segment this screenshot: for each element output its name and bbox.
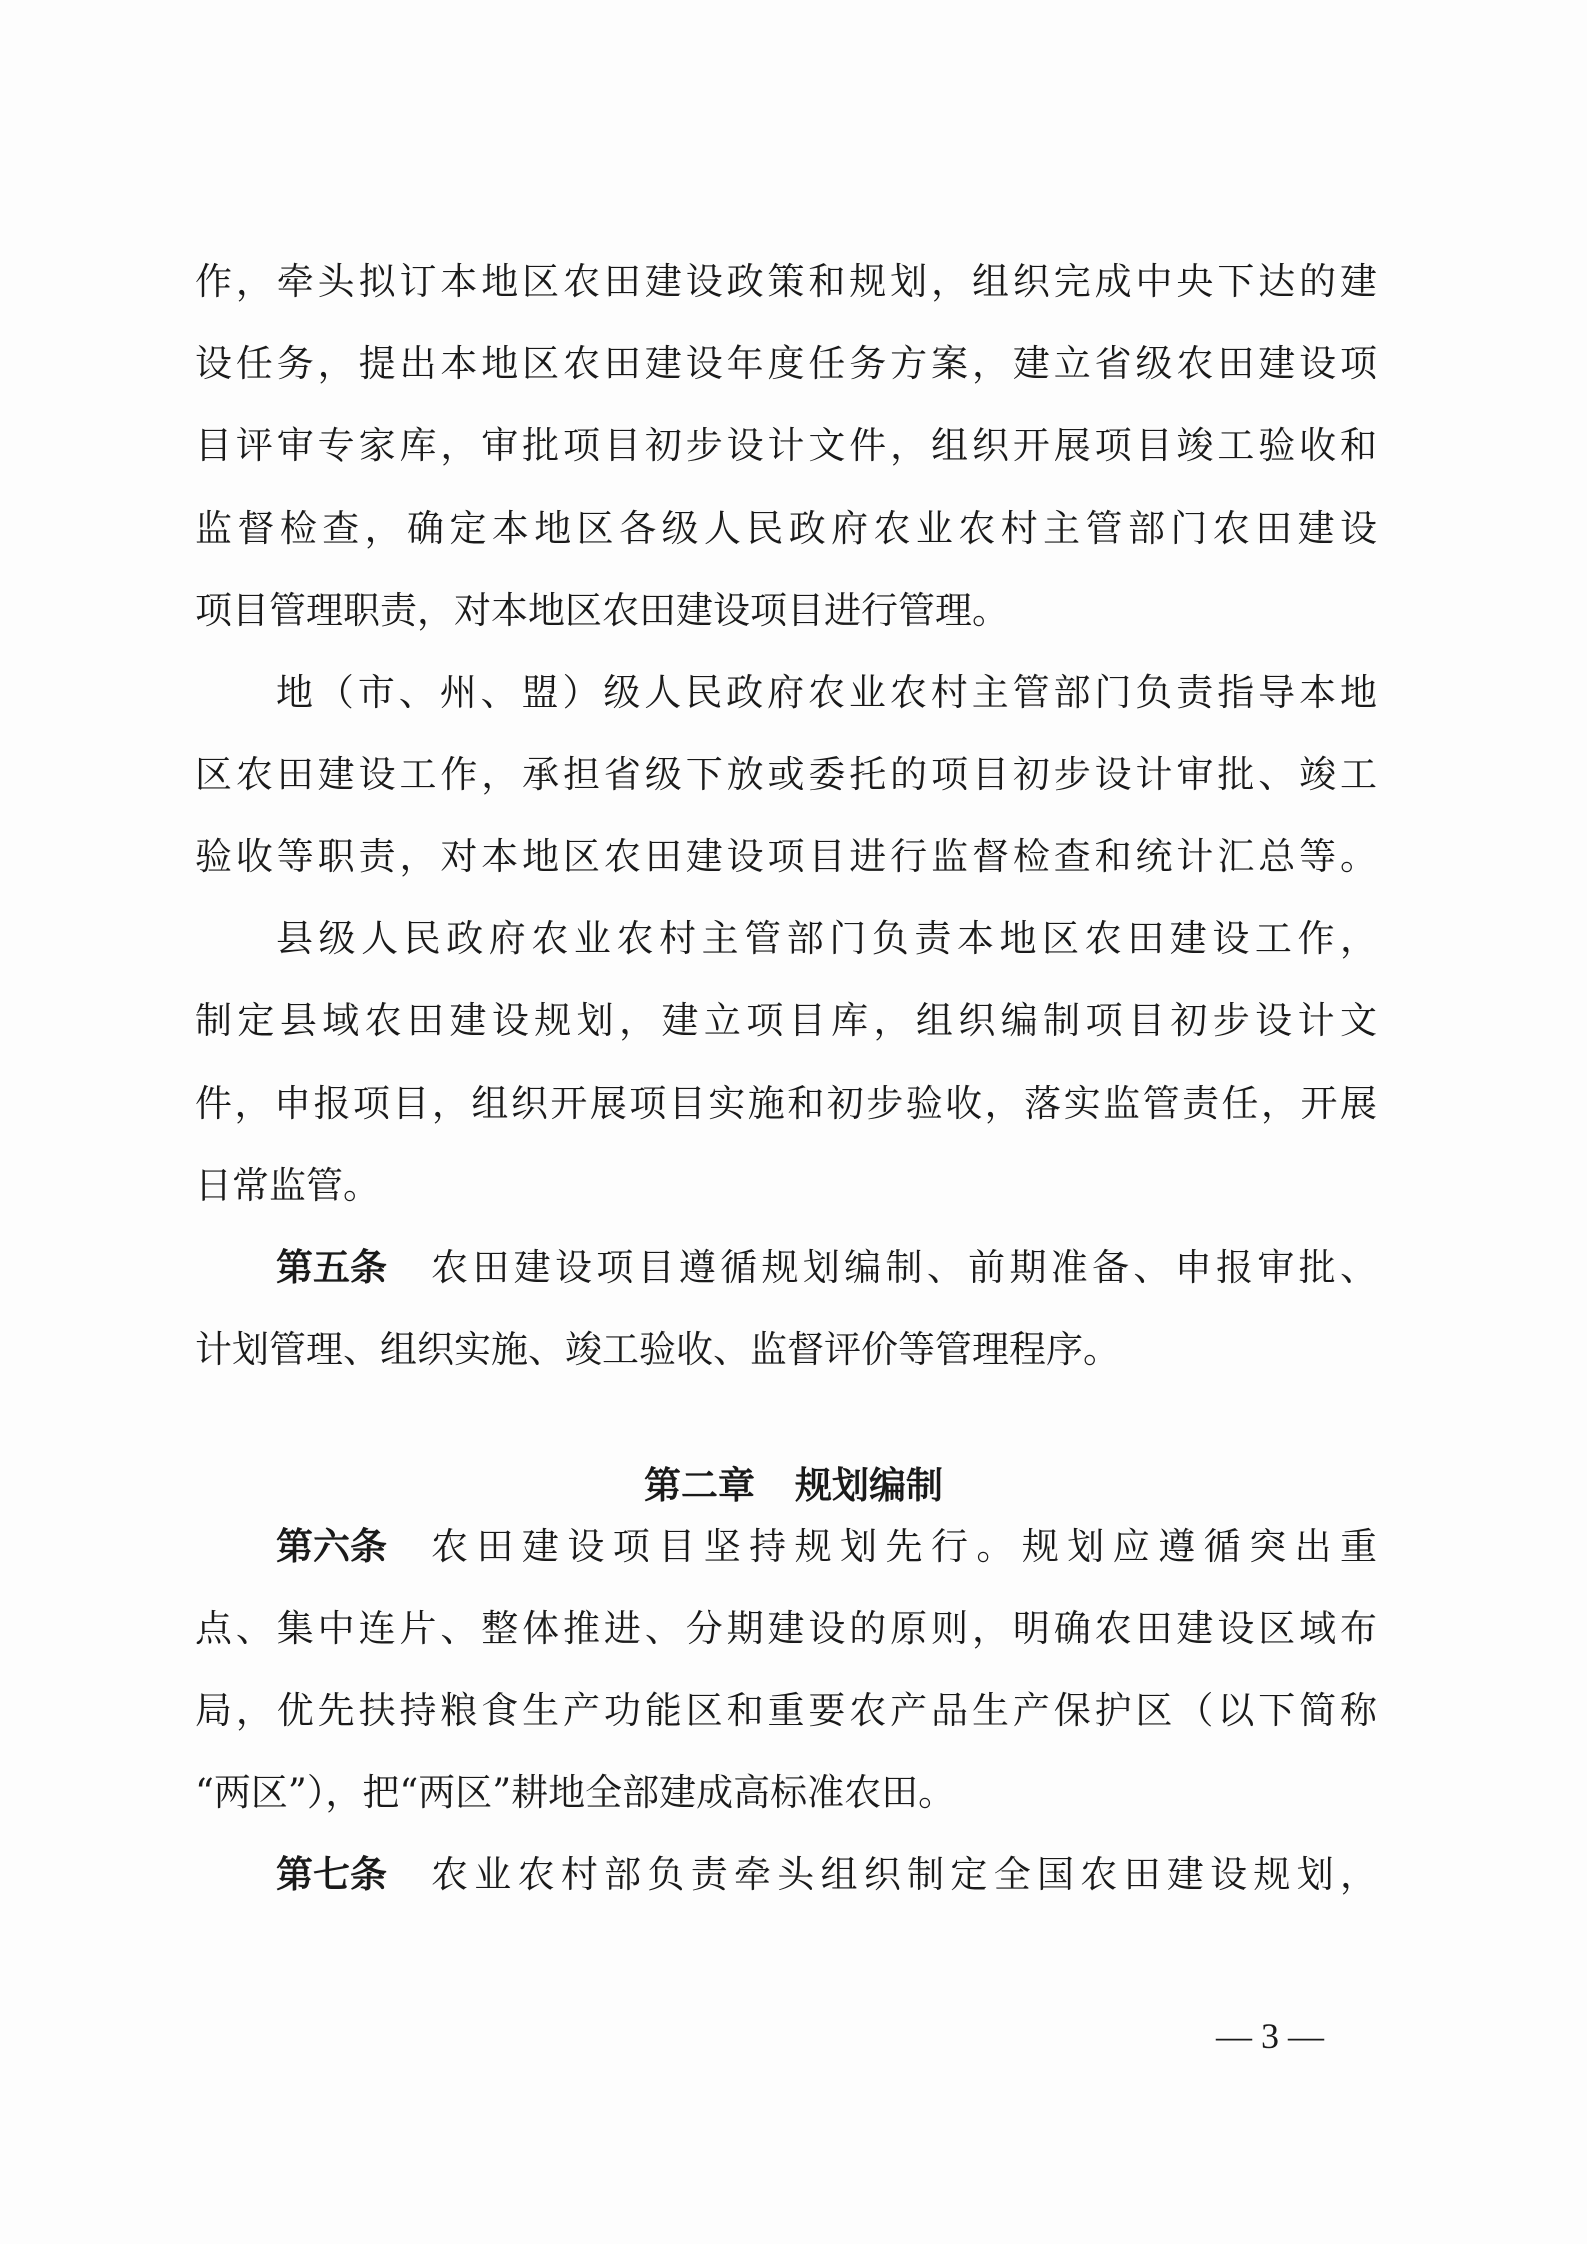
paragraph-line: 日常监管。 [195, 1158, 1377, 1214]
document-page: 作，牵头拟订本地区农田建设政策和规划，组织完成中央下达的建 设任务，提出本地区农… [0, 0, 1587, 2244]
paragraph-line: 监督检查，确定本地区各级人民政府农业农村主管部门农田建设 [195, 501, 1377, 557]
article-7-first-line: 第七条 农业农村部负责牵头组织制定全国农田建设规划， [276, 1847, 1377, 1903]
paragraph-line: 制定县域农田建设规划，建立项目库，组织编制项目初步设计文 [195, 993, 1377, 1049]
paragraph-line: 目评审专家库，审批项目初步设计文件，组织开展项目竣工验收和 [195, 418, 1377, 474]
paragraph-line: 作，牵头拟订本地区农田建设政策和规划，组织完成中央下达的建 [195, 254, 1377, 310]
paragraph-line: 地（市、州、盟）级人民政府农业农村主管部门负责指导本地 [276, 665, 1377, 721]
chapter-title: 规划编制 [795, 1464, 943, 1507]
page-number: — 3 — [1195, 2008, 1345, 2064]
article-label: 第六条 [276, 1519, 387, 1575]
paragraph-line: 局，优先扶持粮食生产功能区和重要农产品生产保护区（以下简称 [195, 1683, 1377, 1739]
article-text: 农业农村部负责牵头组织制定全国农田建设规划， [431, 1847, 1377, 1903]
article-label: 第五条 [276, 1240, 387, 1296]
article-5-first-line: 第五条 农田建设项目遵循规划编制、前期准备、申报审批、 [276, 1240, 1377, 1296]
article-text: 农田建设项目遵循规划编制、前期准备、申报审批、 [431, 1240, 1377, 1296]
chapter-number: 第二章 [644, 1464, 755, 1507]
paragraph-line: 设任务，提出本地区农田建设年度任务方案，建立省级农田建设项 [195, 336, 1377, 392]
paragraph-line: 验收等职责，对本地区农田建设项目进行监督检查和统计汇总等。 [195, 829, 1377, 885]
article-label: 第七条 [276, 1847, 387, 1903]
paragraph-line: 计划管理、组织实施、竣工验收、监督评价等管理程序。 [195, 1322, 1377, 1378]
paragraph-line: 县级人民政府农业农村主管部门负责本地区农田建设工作， [276, 911, 1377, 967]
chapter-heading: 第二章规划编制 [0, 1458, 1587, 1514]
article-text: 农田建设项目坚持规划先行。规划应遵循突出重 [431, 1519, 1377, 1575]
paragraph-line: 项目管理职责，对本地区农田建设项目进行管理。 [195, 583, 1377, 639]
paragraph-line: 区农田建设工作，承担省级下放或委托的项目初步设计审批、竣工 [195, 747, 1377, 803]
paragraph-line: 点、集中连片、整体推进、分期建设的原则，明确农田建设区域布 [195, 1601, 1377, 1657]
paragraph-line: “两区”），把“两区”耕地全部建成高标准农田。 [195, 1765, 1377, 1821]
paragraph-line: 件，申报项目，组织开展项目实施和初步验收，落实监管责任，开展 [195, 1076, 1377, 1132]
article-6-first-line: 第六条 农田建设项目坚持规划先行。规划应遵循突出重 [276, 1519, 1377, 1575]
